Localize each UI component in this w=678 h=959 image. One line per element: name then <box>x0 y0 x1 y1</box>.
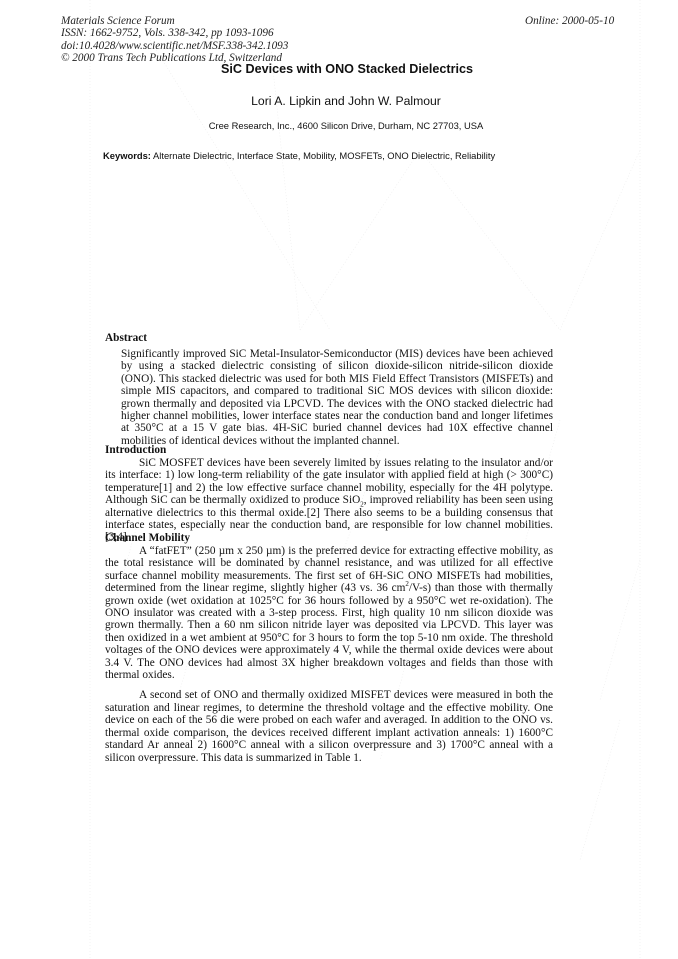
abstract-text: Significantly improved SiC Metal-Insulat… <box>105 348 553 447</box>
channel-mobility-section: Channel Mobility A “fatFET” (250 µm x 25… <box>105 531 553 764</box>
channel-mobility-text-part2: /V-s) than those with thermally grown ox… <box>105 582 553 681</box>
keywords-label: Keywords: <box>103 150 151 161</box>
paper-title: SiC Devices with ONO Stacked Dielectrics <box>0 62 678 76</box>
channel-mobility-paragraph-1: A “fatFET” (250 µm x 250 µm) is the pref… <box>105 545 553 681</box>
publication-info: Materials Science Forum ISSN: 1662-9752,… <box>61 15 288 64</box>
keywords-list: Alternate Dielectric, Interface State, M… <box>153 150 495 161</box>
keywords-line: Keywords: Alternate Dielectric, Interfac… <box>103 150 495 161</box>
channel-mobility-paragraph-2: A second set of ONO and thermally oxidiz… <box>105 689 553 763</box>
abstract-section: Abstract Significantly improved SiC Meta… <box>105 331 553 447</box>
paper-authors: Lori A. Lipkin and John W. Palmour <box>0 94 678 108</box>
journal-name: Materials Science Forum <box>61 15 288 27</box>
introduction-heading: Introduction <box>105 443 553 457</box>
doi-line: doi:10.4028/www.scientific.net/MSF.338-3… <box>61 40 288 52</box>
issn-line: ISSN: 1662-9752, Vols. 338-342, pp 1093-… <box>61 27 288 39</box>
abstract-heading: Abstract <box>105 331 553 345</box>
online-date: Online: 2000-05-10 <box>525 15 614 27</box>
introduction-section: Introduction SiC MOSFET devices have bee… <box>105 443 553 544</box>
channel-mobility-heading: Channel Mobility <box>105 531 553 545</box>
author-affiliation: Cree Research, Inc., 4600 Silicon Drive,… <box>0 120 678 131</box>
